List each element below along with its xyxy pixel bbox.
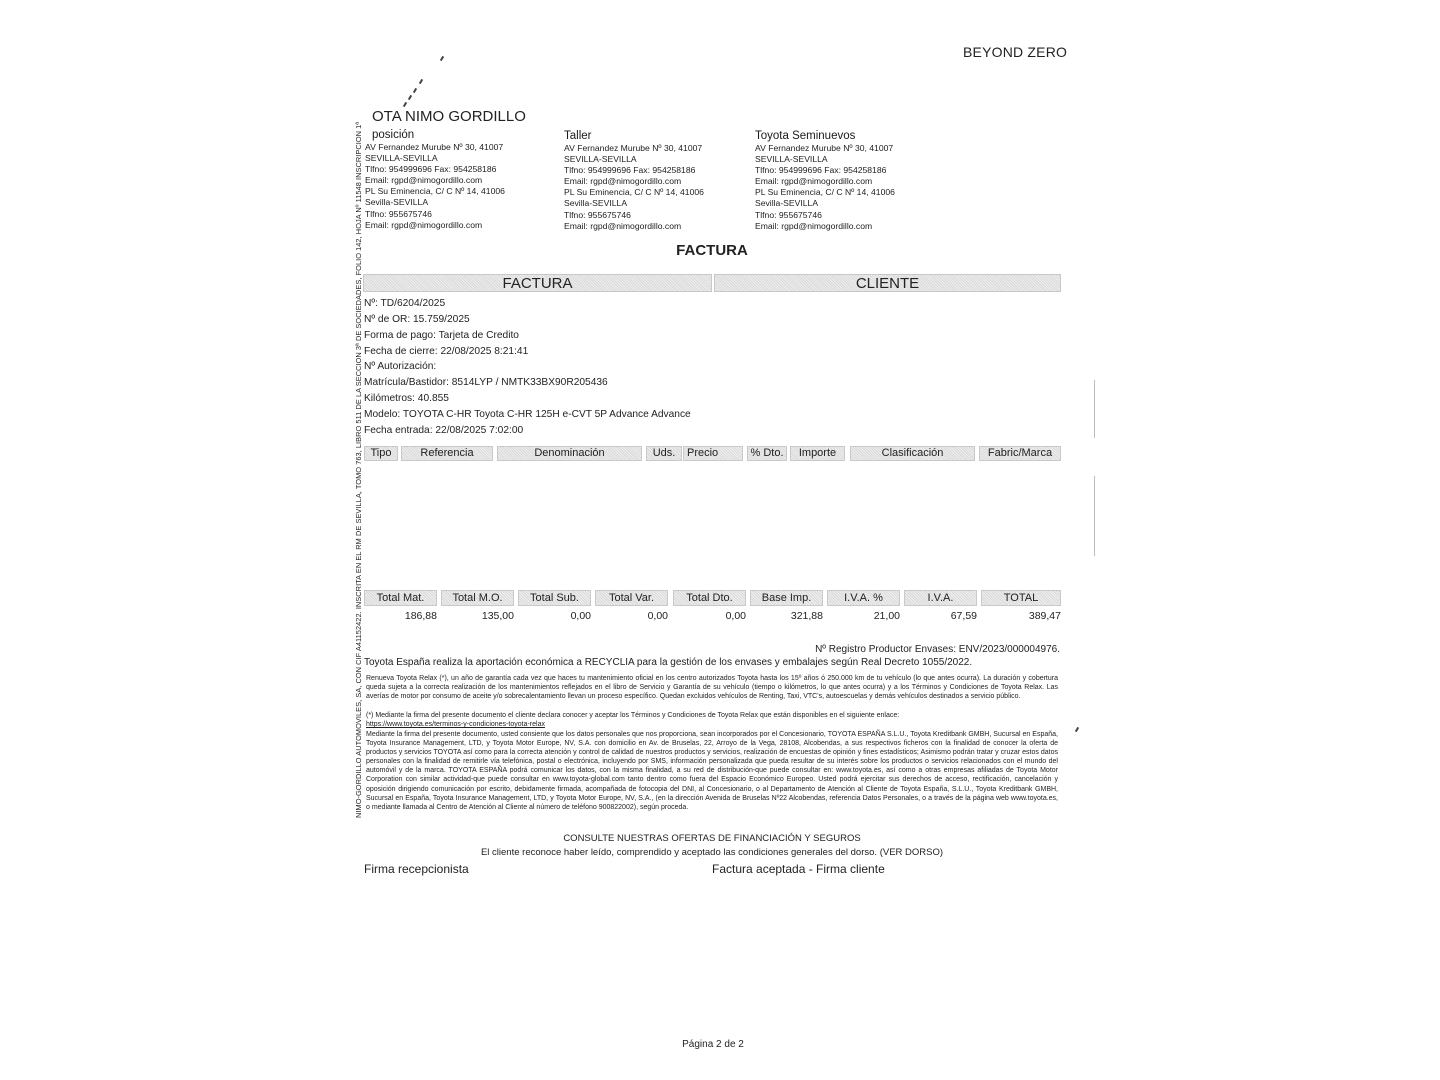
address-line: PL Su Eminencia, C/ C Nº 14, 41006 <box>564 187 704 198</box>
address-line: Email: rgpd@nimogordillo.com <box>755 176 895 187</box>
scan-artifact-mark <box>413 88 417 93</box>
address-line: Email: rgpd@nimogordillo.com <box>564 221 704 232</box>
authorization-number: Nº Autorización: <box>364 359 691 375</box>
total-dto-value: 0,00 <box>673 610 746 624</box>
totals-header-iva: I.V.A. <box>904 590 977 606</box>
page-number: Página 2 de 2 <box>0 1039 1426 1050</box>
address-line: Sevilla-SEVILLA <box>564 198 704 209</box>
address-line: Tlfno: 955675746 <box>755 210 895 221</box>
plate-vin: Matrícula/Bastidor: 8514LYP / NMTK33BX90… <box>364 375 691 391</box>
total-sub-value: 0,00 <box>518 610 591 624</box>
address-line: Sevilla-SEVILLA <box>365 197 505 208</box>
address-line: AV Fernandez Murube Nº 30, 41007 <box>365 142 505 153</box>
toyota-relax-terms: Renueva Toyota Relax (*), un año de gara… <box>366 674 1058 701</box>
financing-notice: CONSULTE NUESTRAS OFERTAS DE FINANCIACIÓ… <box>0 833 1424 844</box>
document-title: FACTURA <box>0 242 1424 259</box>
column-header-referencia: Referencia <box>401 446 493 461</box>
address-line: Email: rgpd@nimogordillo.com <box>755 221 895 232</box>
entry-date: Fecha entrada: 22/08/2025 7:02:00 <box>364 423 691 439</box>
totals-header-mat: Total Mat. <box>364 590 437 606</box>
totals-header-total: TOTAL <box>981 590 1061 606</box>
column-header-dto: % Dto. <box>747 446 787 461</box>
scan-artifact-mark <box>440 56 444 61</box>
iva-pct-value: 21,00 <box>827 610 900 624</box>
address-title: Toyota Seminuevos <box>755 130 895 143</box>
total-var-value: 0,00 <box>595 610 668 624</box>
signature-receptionist-label: Firma recepcionista <box>364 862 469 876</box>
address-line: Tlfno: 955675746 <box>564 210 704 221</box>
address-line: Tlfno: 954999696 Fax: 954258186 <box>564 165 704 176</box>
totals-header-mo: Total M.O. <box>441 590 514 606</box>
packaging-registry: Nº Registro Productor Envases: ENV/2023/… <box>700 644 1060 655</box>
totals-header-var: Total Var. <box>595 590 668 606</box>
privacy-notice: Mediante la firma del presente documento… <box>366 730 1058 812</box>
column-header-precio: Precio <box>683 446 743 461</box>
address-line: SEVILLA-SEVILLA <box>365 153 505 164</box>
base-imp-value: 321,88 <box>750 610 823 624</box>
address-block-taller: Taller AV Fernandez Murube Nº 30, 41007 … <box>564 130 704 232</box>
cliente-band: CLIENTE <box>714 274 1061 292</box>
totals-header-sub: Total Sub. <box>518 590 591 606</box>
company-name: OTA NIMO GORDILLO <box>372 108 526 125</box>
totals-header-dto: Total Dto. <box>673 590 746 606</box>
column-header-uds: Uds. <box>646 446 682 461</box>
address-line: AV Fernandez Murube Nº 30, 41007 <box>755 143 895 154</box>
address-line: Email: rgpd@nimogordillo.com <box>564 176 704 187</box>
address-block-reposicion: posición AV Fernandez Murube Nº 30, 4100… <box>365 129 505 231</box>
invoice-info: Nº: TD/6204/2025 Nº de OR: 15.759/2025 F… <box>364 296 691 439</box>
grand-total-value: 389,47 <box>981 610 1061 624</box>
address-line: PL Su Eminencia, C/ C Nº 14, 41006 <box>755 187 895 198</box>
recyclia-notice: Toyota España realiza la aportación econ… <box>364 657 972 668</box>
total-mo-value: 135,00 <box>441 610 514 624</box>
brand-tagline: BEYOND ZERO <box>963 44 1067 60</box>
scan-artifact-mark <box>403 102 407 107</box>
column-header-clasificacion: Clasificación <box>850 446 975 461</box>
company-registration-vertical: NIMO-GORDILLO AUTOMOVILES, SA, CON CIF A… <box>354 122 363 818</box>
scan-artifact-mark <box>408 95 412 100</box>
address-line: SEVILLA-SEVILLA <box>755 154 895 165</box>
column-header-tipo: Tipo <box>364 446 398 461</box>
scan-artifact-mark <box>419 79 423 84</box>
vehicle-model: Modelo: TOYOTA C-HR Toyota C-HR 125H e-C… <box>364 407 691 423</box>
acceptance-notice: El cliente reconoce haber leído, compren… <box>0 847 1424 858</box>
column-header-fabric-marca: Fabric/Marca <box>979 446 1061 461</box>
toyota-relax-note: (*) Mediante la firma del presente docum… <box>366 711 1058 720</box>
address-line: Tlfno: 954999696 Fax: 954258186 <box>365 164 505 175</box>
address-line: Email: rgpd@nimogordillo.com <box>365 220 505 231</box>
address-line: Sevilla-SEVILLA <box>755 198 895 209</box>
address-line: SEVILLA-SEVILLA <box>564 154 704 165</box>
address-line: Tlfno: 954999696 Fax: 954258186 <box>755 165 895 176</box>
iva-value: 67,59 <box>904 610 977 624</box>
column-header-importe: Importe <box>790 446 845 461</box>
factura-band: FACTURA <box>363 274 712 292</box>
scan-artifact-line <box>1094 476 1095 556</box>
payment-method: Forma de pago: Tarjeta de Credito <box>364 328 691 344</box>
address-title: Taller <box>564 130 704 143</box>
address-title: posición <box>372 129 505 142</box>
address-line: AV Fernandez Murube Nº 30, 41007 <box>564 143 704 154</box>
address-line: Email: rgpd@nimogordillo.com <box>365 175 505 186</box>
toyota-relax-link[interactable]: https://www.toyota.es/terminos-y-condici… <box>366 720 1058 729</box>
totals-header-base: Base Imp. <box>750 590 823 606</box>
closing-date: Fecha de cierre: 22/08/2025 8:21:41 <box>364 344 691 360</box>
totals-header-iva-pct: I.V.A. % <box>827 590 900 606</box>
column-header-denominacion: Denominación <box>497 446 642 461</box>
or-number: Nº de OR: 15.759/2025 <box>364 312 691 328</box>
address-line: Tlfno: 955675746 <box>365 209 505 220</box>
signature-client-label: Factura aceptada - Firma cliente <box>712 862 885 876</box>
address-block-seminuevos: Toyota Seminuevos AV Fernandez Murube Nº… <box>755 130 895 232</box>
scan-artifact-mark <box>1075 727 1079 732</box>
scan-artifact-line <box>1094 380 1095 438</box>
address-line: PL Su Eminencia, C/ C Nº 14, 41006 <box>365 186 505 197</box>
kilometers: Kilómetros: 40.855 <box>364 391 691 407</box>
total-mat-value: 186,88 <box>364 610 437 624</box>
invoice-number: Nº: TD/6204/2025 <box>364 296 691 312</box>
